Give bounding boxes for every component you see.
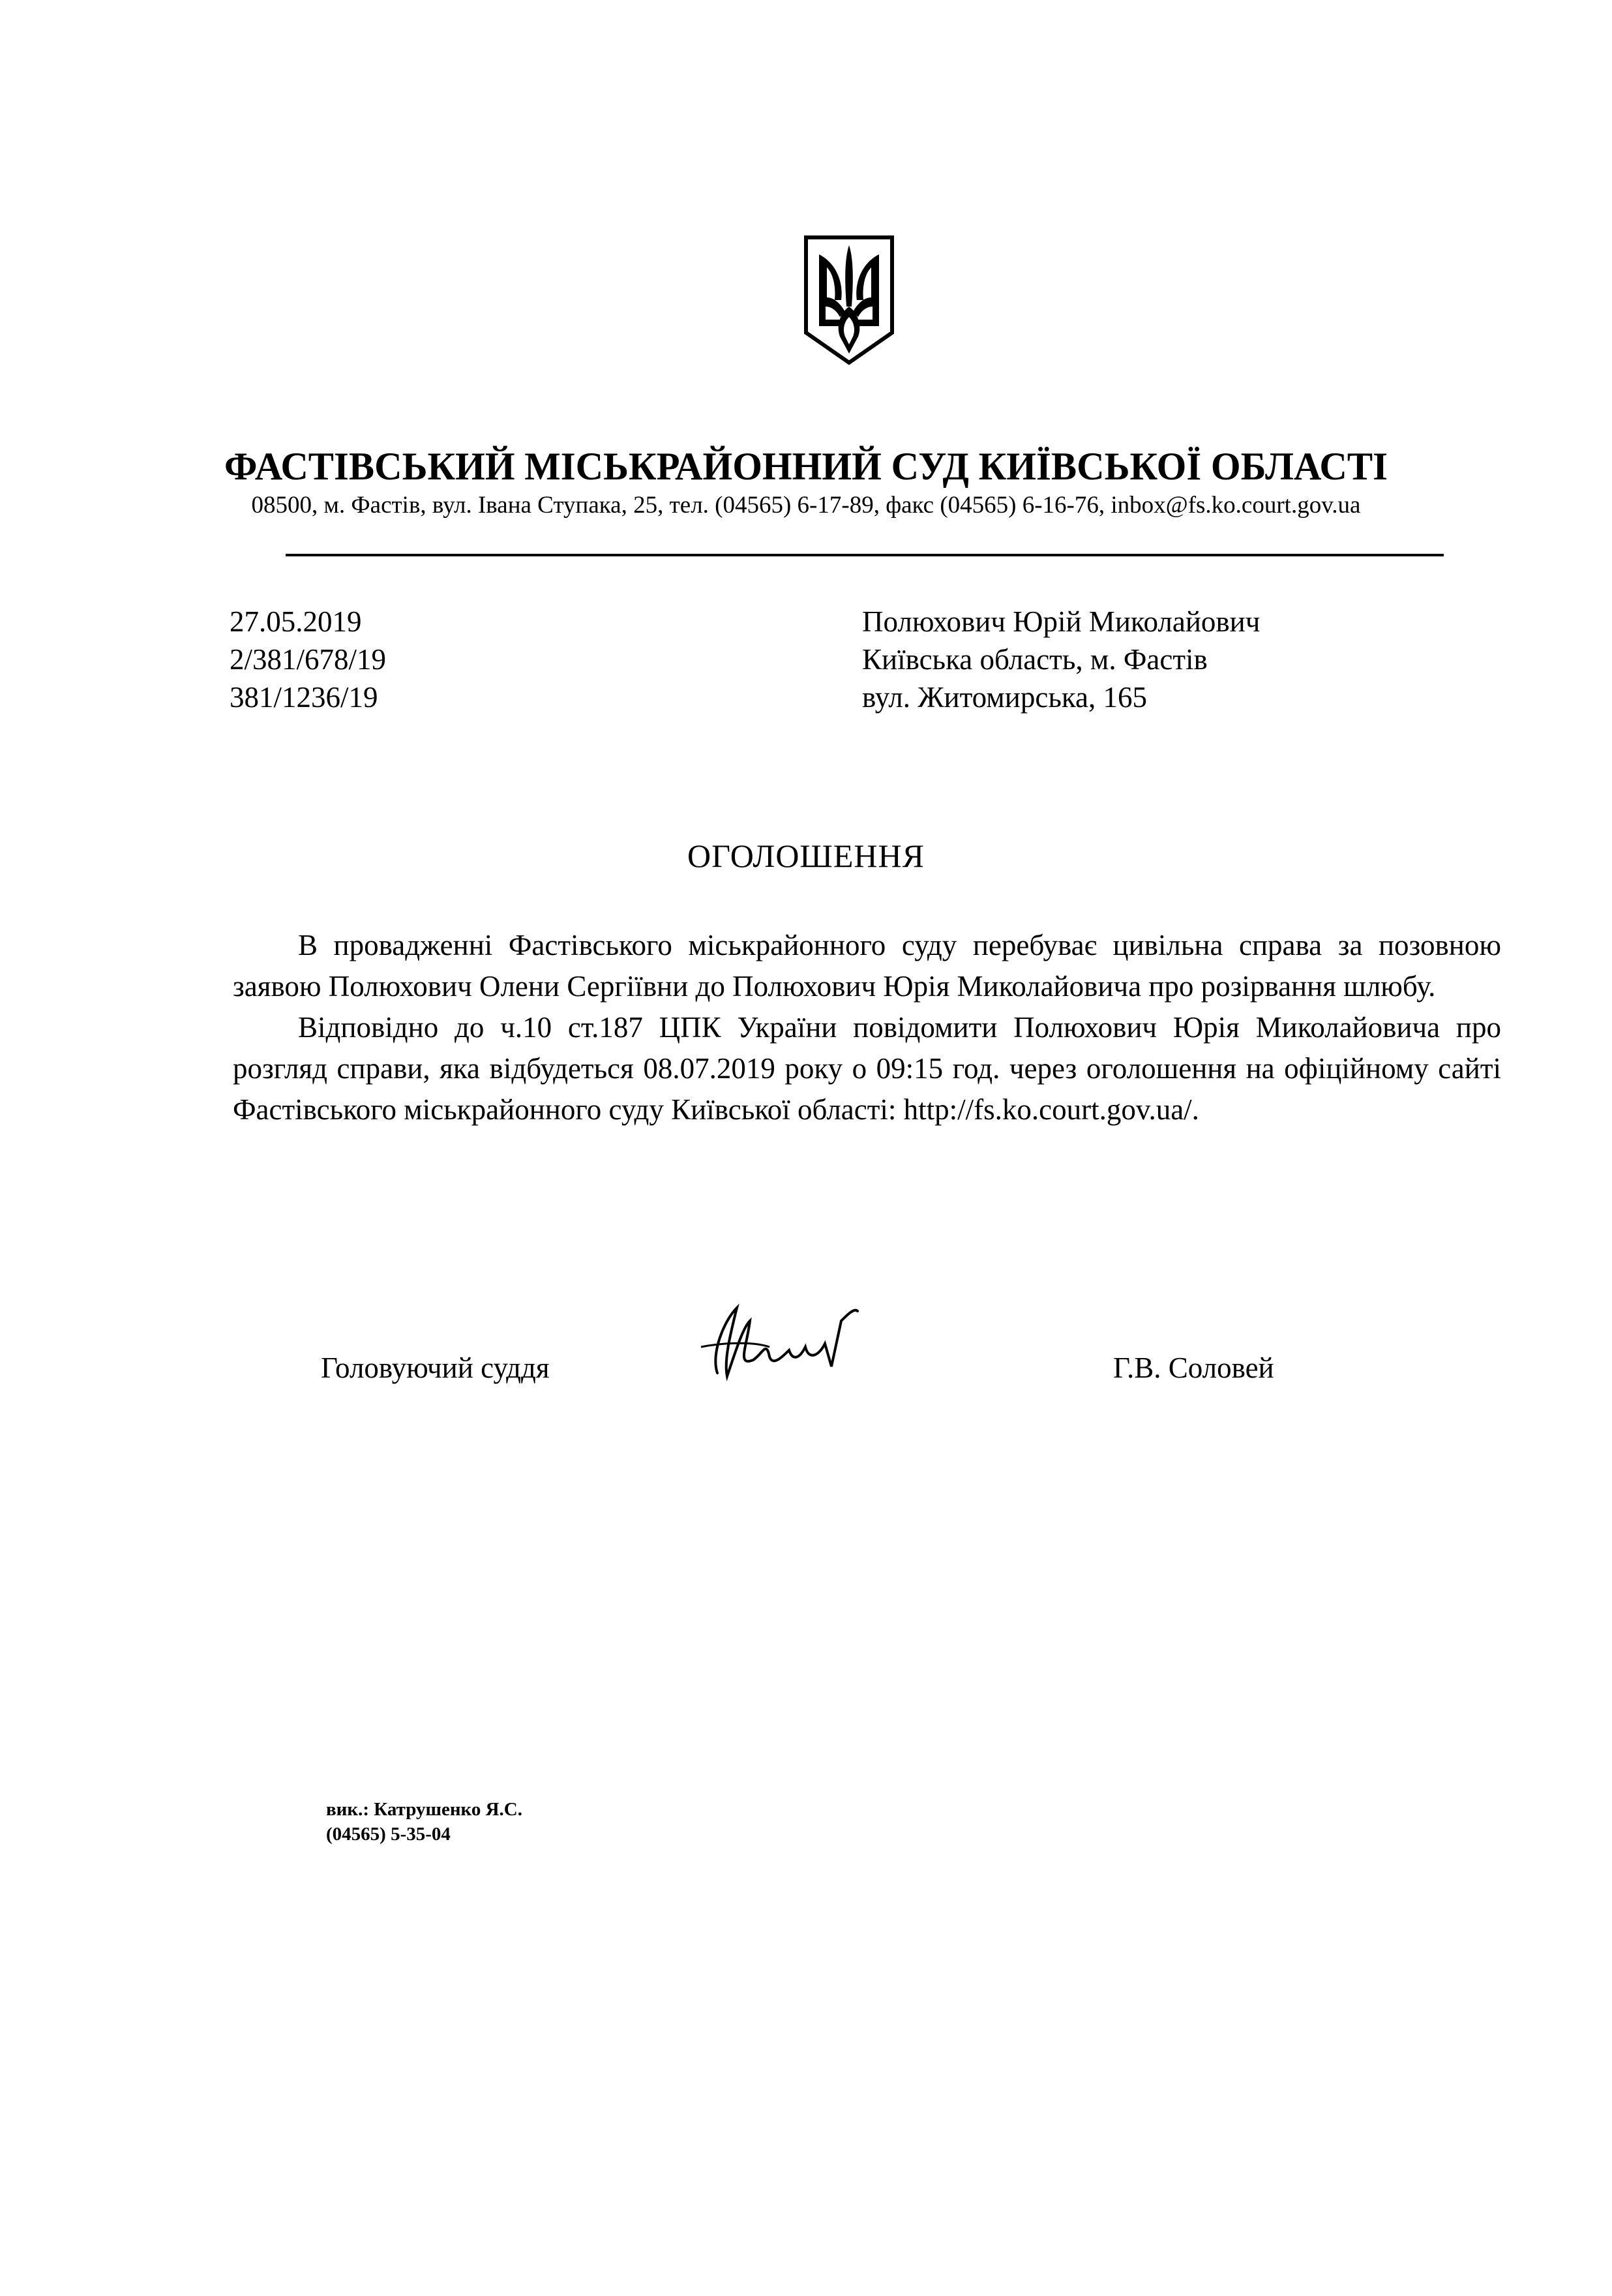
court-address: 08500, м. Фастів, вул. Івана Ступака, 25… bbox=[0, 491, 1612, 521]
signature-icon bbox=[691, 1295, 906, 1386]
judge-name: Г.В. Соловей bbox=[1113, 1350, 1274, 1385]
header-divider bbox=[286, 554, 1444, 556]
recipient-street: вул. Житомирська, 165 bbox=[862, 680, 1147, 715]
trident-emblem-icon bbox=[803, 235, 895, 365]
case-number: 2/381/678/19 bbox=[230, 642, 386, 677]
court-name: ФАСТІВСЬКИЙ МІСЬКРАЙОННИЙ СУД КИЇВСЬКОЇ … bbox=[16, 444, 1596, 489]
executor-phone: (04565) 5-35-04 bbox=[326, 1822, 522, 1847]
body-paragraph: Відповідно до ч.10 ст.187 ЦПК України по… bbox=[233, 1007, 1501, 1130]
executor-info: вик.: Катрушенко Я.С. (04565) 5-35-04 bbox=[326, 1797, 522, 1847]
proceeding-number: 381/1236/19 bbox=[230, 680, 378, 715]
recipient-region-city: Київська область, м. Фастів bbox=[862, 642, 1208, 677]
recipient-name: Полюхович Юрій Миколайович bbox=[862, 604, 1260, 639]
executor-name: вик.: Катрушенко Я.С. bbox=[326, 1797, 522, 1822]
document-date: 27.05.2019 bbox=[230, 604, 362, 639]
judge-position: Головуючий суддя bbox=[321, 1350, 550, 1385]
body-paragraph: В провадженні Фастівського міськрайонног… bbox=[233, 925, 1501, 1007]
document-title: ОГОЛОШЕННЯ bbox=[0, 836, 1612, 875]
document-body: В провадженні Фастівського міськрайонног… bbox=[233, 925, 1501, 1130]
